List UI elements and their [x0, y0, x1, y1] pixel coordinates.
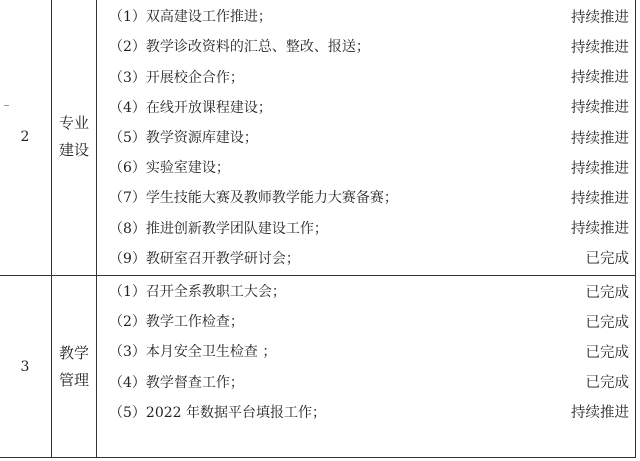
- task-status: 持续推进: [571, 401, 629, 422]
- group-row-teaching-management: 3 教学 管理 （1）召开全系教职工大会；已完成 （2）教学工作检查；已完成 （…: [0, 276, 636, 458]
- task-status: 持续推进: [571, 217, 629, 238]
- task-text: （4）教学督查工作；: [109, 372, 244, 392]
- task-text: （6）实验室建设；: [109, 157, 230, 177]
- group-number: 3: [0, 276, 52, 458]
- task-item: （5）教学资源库建设；持续推进: [97, 122, 635, 152]
- group-category: 专业 建设: [52, 0, 97, 276]
- task-item: （5）2022 年数据平台填报工作；持续推进: [97, 397, 635, 427]
- task-status: 已完成: [586, 281, 630, 302]
- category-line: 建设: [52, 137, 96, 164]
- task-item: （3）开展校企合作；持续推进: [97, 62, 635, 92]
- task-status: 持续推进: [571, 127, 629, 148]
- task-item: （8）推进创新教学团队建设工作；持续推进: [97, 212, 635, 242]
- task-status: 持续推进: [571, 96, 629, 117]
- task-status: 持续推进: [571, 157, 629, 178]
- task-status: 持续推进: [571, 36, 629, 57]
- work-progress-table: 2 专业 建设 （1）双高建设工作推进；持续推进 （2）教学诊改资料的汇总、整改…: [0, 0, 636, 458]
- task-item: （2）教学工作检查；已完成: [97, 306, 635, 336]
- task-text: （1）召开全系教职工大会；: [109, 281, 286, 301]
- category-line: 专业: [52, 110, 96, 137]
- task-text: （7）学生技能大赛及教师教学能力大赛备赛；: [109, 187, 398, 207]
- task-list: （1）召开全系教职工大会；已完成 （2）教学工作检查；已完成 （3）本月安全卫生…: [97, 276, 636, 458]
- group-category: 教学 管理: [52, 276, 97, 458]
- task-status: 已完成: [586, 371, 630, 392]
- task-item: （6）实验室建设；持续推进: [97, 152, 635, 182]
- task-text: （5）教学资源库建设；: [109, 127, 258, 147]
- task-item: （4）教学督查工作；已完成: [97, 367, 635, 397]
- task-text: （3）开展校企合作；: [109, 67, 244, 87]
- task-item: （9）教研室召开教学研讨会；已完成: [97, 243, 635, 273]
- task-item: （3）本月安全卫生检查 ；已完成: [97, 336, 635, 366]
- task-item: （1）召开全系教职工大会；已完成: [97, 276, 635, 306]
- task-status: 持续推进: [571, 6, 629, 27]
- task-text: （8）推进创新教学团队建设工作；: [109, 218, 328, 238]
- task-text: （4）在线开放课程建设；: [109, 97, 272, 117]
- task-list: （1）双高建设工作推进；持续推进 （2）教学诊改资料的汇总、整改、报送；持续推进…: [97, 0, 636, 276]
- task-item: （7）学生技能大赛及教师教学能力大赛备赛；持续推进: [97, 182, 635, 212]
- task-text: （5）2022 年数据平台填报工作；: [109, 402, 326, 422]
- task-item: （4）在线开放课程建设；持续推进: [97, 92, 635, 122]
- task-status: 已完成: [586, 311, 630, 332]
- group-row-major-construction: 2 专业 建设 （1）双高建设工作推进；持续推进 （2）教学诊改资料的汇总、整改…: [0, 0, 636, 276]
- category-line: 管理: [52, 367, 96, 394]
- task-text: （3）本月安全卫生检查 ；: [109, 341, 276, 361]
- task-item: （2）教学诊改资料的汇总、整改、报送；持续推进: [97, 31, 635, 61]
- task-text: （2）教学工作检查；: [109, 311, 244, 331]
- task-text: （2）教学诊改资料的汇总、整改、报送；: [109, 36, 370, 56]
- task-status: 持续推进: [571, 187, 629, 208]
- task-status: 持续推进: [571, 66, 629, 87]
- task-item: （1）双高建设工作推进；持续推进: [97, 1, 635, 31]
- task-status: 已完成: [586, 247, 630, 268]
- category-line: 教学: [52, 340, 96, 367]
- task-status: 已完成: [586, 341, 630, 362]
- task-text: （9）教研室召开教学研讨会；: [109, 248, 300, 268]
- group-number: 2: [0, 0, 52, 276]
- task-text: （1）双高建设工作推进；: [109, 6, 272, 26]
